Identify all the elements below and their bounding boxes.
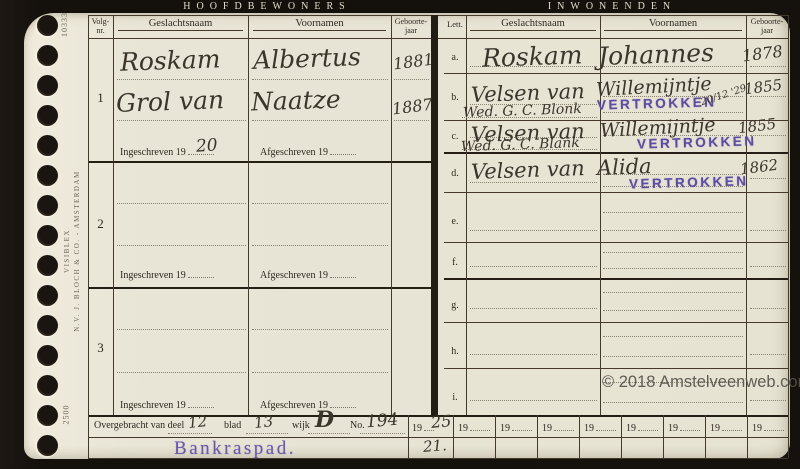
grid-line bbox=[444, 322, 788, 323]
copyright-watermark: © 2018 Amstelveenweb.com bbox=[602, 373, 800, 392]
surname-handwritten: Grol van bbox=[116, 85, 225, 118]
dotted-line bbox=[470, 354, 597, 355]
printer-brand-company: N.V. J. BLOCH & CO. - AMSTERDAM bbox=[73, 170, 81, 332]
grid-line bbox=[391, 15, 392, 415]
dotted-line bbox=[603, 292, 743, 293]
dotted-line bbox=[252, 203, 388, 204]
ingeschreven-label: Ingeschreven 19 bbox=[120, 268, 214, 281]
dotted-line bbox=[252, 245, 388, 246]
section-title-inwonenden: INWONENDEN bbox=[497, 1, 727, 12]
afgeschreven-label: Afgeschreven 19 bbox=[260, 398, 356, 411]
year-prefix: 19 bbox=[584, 423, 594, 434]
column-header-geboortejaar-line1: Geboorte- bbox=[391, 17, 431, 26]
header-underline bbox=[253, 30, 386, 31]
dotted-line bbox=[252, 372, 388, 373]
row-letter: b. bbox=[444, 92, 466, 103]
blad-label: blad bbox=[224, 420, 241, 431]
block-number: 3 bbox=[88, 340, 113, 356]
column-header-geboortejaar-left: Geboorte- jaar bbox=[391, 17, 431, 35]
wijk-label: wijk bbox=[292, 420, 310, 431]
grid-line bbox=[747, 415, 748, 458]
afgeschreven-text: Afgeschreven 19 bbox=[260, 147, 328, 158]
dotted-blank bbox=[188, 268, 214, 278]
row-letter: e. bbox=[444, 216, 466, 227]
header-underline bbox=[604, 30, 742, 31]
year-cell-label: 19 bbox=[500, 421, 532, 434]
row-letter: f. bbox=[444, 257, 466, 268]
dotted-blank bbox=[596, 421, 616, 431]
grid-line bbox=[663, 415, 664, 458]
punch-hole bbox=[37, 435, 58, 456]
dotted-line bbox=[750, 230, 786, 231]
dotted-line bbox=[117, 372, 246, 373]
dotted-line bbox=[470, 308, 597, 309]
dotted-line bbox=[603, 268, 743, 269]
grid-line bbox=[444, 73, 788, 74]
wijk-handwritten: D bbox=[315, 407, 334, 433]
grid-line bbox=[88, 287, 436, 289]
year-prefix: 19 bbox=[710, 423, 720, 434]
column-header-volgnr-line2: nr. bbox=[88, 26, 113, 35]
grid-line bbox=[248, 15, 249, 415]
registration-year-handwritten: 25 bbox=[430, 411, 452, 432]
ingeschreven-text: Ingeschreven 19 bbox=[120, 147, 186, 158]
section-divider bbox=[431, 15, 438, 415]
photo-background: HOOFDBEWONERS INWONENDEN 10333 VISIBLEX … bbox=[0, 0, 800, 469]
afgeschreven-label: Afgeschreven 19 bbox=[260, 268, 356, 281]
row-letter: a. bbox=[444, 52, 466, 63]
blad-handwritten: 13 bbox=[253, 412, 274, 432]
dotted-blank bbox=[188, 398, 214, 408]
punch-hole bbox=[37, 45, 58, 66]
dotted-blank bbox=[680, 421, 700, 431]
form-number: 10333 bbox=[60, 12, 69, 37]
punch-hole bbox=[37, 195, 58, 216]
dotted-blank bbox=[470, 421, 490, 431]
grid-line bbox=[444, 278, 788, 280]
dotted-line bbox=[603, 230, 743, 231]
column-header-geboortejaar-line1: Geboorte- bbox=[746, 17, 788, 26]
dotted-blank bbox=[330, 145, 356, 155]
year-prefix: 19 bbox=[500, 423, 510, 434]
dotted-line bbox=[470, 400, 597, 401]
ingeschreven-year-handwritten: 20 bbox=[195, 135, 218, 156]
firstname-handwritten: Albertus bbox=[253, 42, 362, 75]
column-header-geboortejaar-right: Geboorte- jaar bbox=[746, 17, 788, 35]
year-cell-label: 19 bbox=[626, 421, 658, 434]
punch-hole bbox=[37, 165, 58, 186]
grid-line bbox=[466, 15, 467, 415]
dotted-line bbox=[117, 79, 246, 80]
deel-handwritten: 12 bbox=[187, 412, 208, 432]
grid-line bbox=[495, 415, 496, 458]
dotted-line bbox=[603, 356, 743, 357]
overgebracht-label: Overgebracht van deel bbox=[94, 420, 184, 431]
grid-line bbox=[444, 192, 788, 193]
grid-line bbox=[88, 15, 788, 16]
section-title-hoofdbewoners: HOOFDBEWONERS bbox=[152, 1, 382, 12]
print-run-number: 2500 bbox=[62, 405, 71, 425]
dotted-line bbox=[603, 310, 743, 311]
dotted-line bbox=[252, 120, 388, 121]
dotted-line bbox=[750, 266, 786, 267]
grid-line bbox=[621, 415, 622, 458]
dotted-line bbox=[750, 308, 786, 309]
dotted-blank bbox=[764, 421, 784, 431]
row-letter: h. bbox=[444, 346, 466, 357]
dotted-blank bbox=[554, 421, 574, 431]
row-letter: i. bbox=[444, 392, 466, 403]
row-letter: g. bbox=[444, 300, 466, 311]
column-header-volgnr-line1: Volg- bbox=[88, 17, 113, 26]
vertrokken-stamp: VERTROKKEN bbox=[629, 173, 749, 191]
dotted-line bbox=[603, 252, 743, 253]
punch-hole bbox=[37, 135, 58, 156]
punch-hole bbox=[37, 225, 58, 246]
dotted-line bbox=[603, 112, 743, 113]
grid-line bbox=[444, 242, 788, 243]
firstname-handwritten: Johannes bbox=[598, 38, 715, 71]
surname-handwritten: Roskam bbox=[482, 40, 583, 72]
column-header-geslachtsnaam-left: Geslachtsnaam bbox=[113, 18, 248, 29]
punch-hole bbox=[37, 75, 58, 96]
header-underline bbox=[470, 30, 596, 31]
grid-line bbox=[579, 415, 580, 458]
year-prefix: 19 bbox=[626, 423, 636, 434]
vertrokken-stamp: VERTROKKEN bbox=[637, 133, 757, 151]
ingeschreven-label: Ingeschreven 19 bbox=[120, 398, 214, 411]
grid-line bbox=[88, 161, 436, 163]
grid-line bbox=[600, 15, 601, 415]
year-cell-label: 19 bbox=[584, 421, 616, 434]
dotted-line bbox=[117, 120, 246, 121]
dotted-line bbox=[603, 402, 743, 403]
dotted-line bbox=[750, 400, 786, 401]
header-underline bbox=[118, 30, 243, 31]
year-cell-label: 19 bbox=[710, 421, 742, 434]
dotted-line bbox=[470, 230, 597, 231]
punch-hole bbox=[37, 105, 58, 126]
punch-hole bbox=[37, 375, 58, 396]
firstname-handwritten: Naatze bbox=[251, 84, 342, 116]
grid-line bbox=[537, 415, 538, 458]
ingeschreven-text: Ingeschreven 19 bbox=[120, 400, 186, 411]
punch-hole bbox=[37, 15, 58, 36]
column-header-voornamen-left: Voornamen bbox=[248, 18, 391, 29]
dotted-line bbox=[603, 336, 743, 337]
house-number-handwritten: 21. bbox=[422, 436, 447, 456]
year-cell-label: 19 bbox=[542, 421, 574, 434]
punch-hole bbox=[37, 285, 58, 306]
dotted-line bbox=[394, 79, 429, 80]
dotted-blank bbox=[330, 268, 356, 278]
afgeschreven-text: Afgeschreven 19 bbox=[260, 270, 328, 281]
dotted-line bbox=[252, 329, 388, 330]
punch-hole bbox=[37, 405, 58, 426]
surname-handwritten: Velsen van bbox=[471, 156, 585, 184]
dotted-line bbox=[360, 433, 405, 434]
dotted-line bbox=[246, 433, 288, 434]
block-number: 2 bbox=[88, 216, 113, 232]
no-label: No. bbox=[350, 420, 365, 431]
dotted-line bbox=[750, 66, 786, 67]
punch-hole bbox=[37, 345, 58, 366]
year-prefix: 19 bbox=[412, 423, 422, 434]
column-header-geboortejaar-line2: jaar bbox=[391, 26, 431, 35]
year-prefix: 19 bbox=[752, 423, 762, 434]
dotted-line bbox=[252, 79, 388, 80]
year-prefix: 19 bbox=[458, 423, 468, 434]
grid-line bbox=[444, 368, 788, 369]
dotted-line bbox=[750, 354, 786, 355]
grid-line bbox=[746, 15, 747, 415]
column-header-geslachtsnaam-right: Geslachtsnaam bbox=[466, 18, 600, 29]
dotted-line bbox=[117, 329, 246, 330]
no-handwritten: 194 bbox=[365, 410, 399, 433]
afgeschreven-label: Afgeschreven 19 bbox=[260, 145, 356, 158]
grid-line bbox=[113, 15, 114, 415]
punch-hole bbox=[37, 255, 58, 276]
dotted-line bbox=[117, 203, 246, 204]
printer-brand: VISIBLEX N.V. J. BLOCH & CO. - AMSTERDAM bbox=[63, 166, 81, 336]
dotted-blank bbox=[722, 421, 742, 431]
street-name-stamp: Bankraspad. bbox=[140, 438, 330, 460]
year-prefix: 19 bbox=[542, 423, 552, 434]
grid-line bbox=[705, 415, 706, 458]
dotted-blank bbox=[512, 421, 532, 431]
column-header-lett: Lett. bbox=[442, 19, 468, 29]
row-letter: d. bbox=[444, 168, 466, 179]
year-cell-label: 19 bbox=[458, 421, 490, 434]
year-prefix: 19 bbox=[668, 423, 678, 434]
ingeschreven-text: Ingeschreven 19 bbox=[120, 270, 186, 281]
column-header-geboortejaar-line2: jaar bbox=[746, 26, 788, 35]
dotted-line bbox=[168, 433, 212, 434]
year-cell-label: 19 bbox=[752, 421, 784, 434]
punch-hole bbox=[37, 315, 58, 336]
block-number: 1 bbox=[88, 90, 113, 106]
column-header-volgnr: Volg- nr. bbox=[88, 17, 113, 35]
grid-line bbox=[408, 415, 409, 458]
dotted-line bbox=[470, 266, 597, 267]
dotted-line bbox=[603, 212, 743, 213]
dotted-blank bbox=[638, 421, 658, 431]
surname-handwritten: Roskam bbox=[120, 44, 221, 76]
grid-line bbox=[88, 15, 89, 458]
dotted-line bbox=[750, 178, 786, 179]
printer-brand-name: VISIBLEX bbox=[63, 229, 71, 273]
dotted-line bbox=[308, 433, 350, 434]
dotted-line bbox=[117, 245, 246, 246]
column-header-voornamen-right: Voornamen bbox=[600, 18, 746, 29]
dotted-line bbox=[394, 120, 429, 121]
year-cell-label: 19 bbox=[668, 421, 700, 434]
grid-line bbox=[453, 415, 454, 458]
